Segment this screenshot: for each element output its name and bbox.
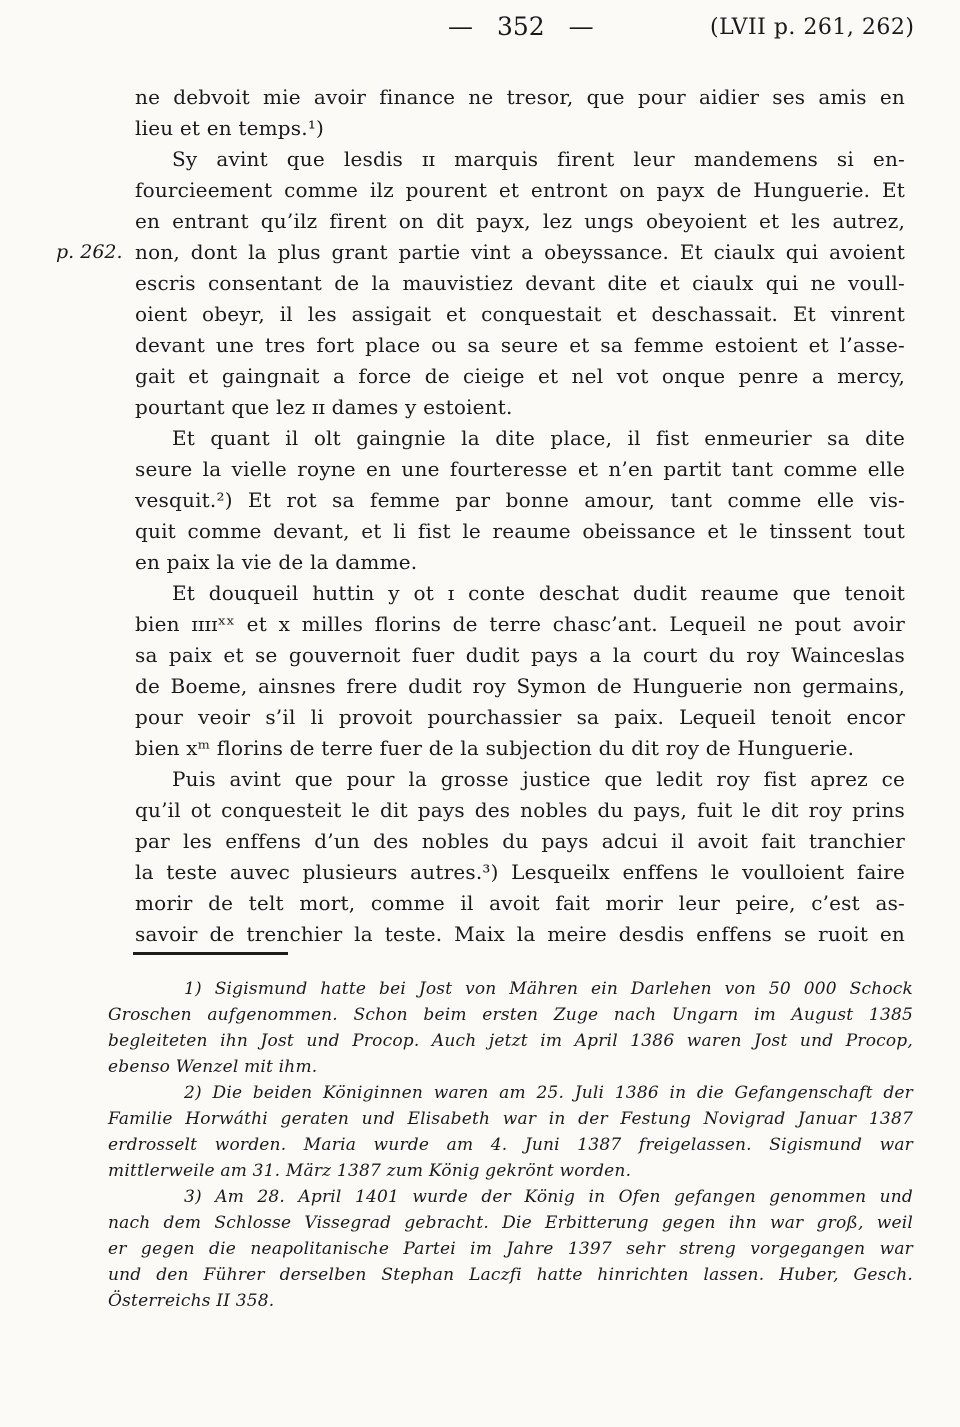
body-text-line: sa paix et se gouvernoit fuer dudit pays… bbox=[135, 640, 905, 671]
footnote-line: und den Führer derselben Stephan Laczfi … bbox=[108, 1262, 913, 1288]
book-page: — 352 — (LVII p. 261, 262) p. 262. ne de… bbox=[0, 0, 960, 1427]
body-text-line: pour veoir s’il li provoit pourchassier … bbox=[135, 702, 905, 733]
margin-note: p. 262. bbox=[56, 237, 134, 268]
body-text-line: seure la vielle royne en une fourteresse… bbox=[135, 454, 905, 485]
body-text-line: la teste auvec plusieurs autres.³) Lesqu… bbox=[135, 857, 905, 888]
body-text-line: Puis avint que pour la grosse justice qu… bbox=[135, 764, 905, 795]
body-text-line: par les enffens d’un des nobles du pays … bbox=[135, 826, 905, 857]
footnote-separator bbox=[133, 952, 288, 955]
footnote-line: 2) Die beiden Königinnen waren am 25. Ju… bbox=[108, 1080, 913, 1106]
footnote-line: 3) Am 28. April 1401 wurde der König in … bbox=[108, 1184, 913, 1210]
footnote-line: nach dem Schlosse Vissegrad gebracht. Di… bbox=[108, 1210, 913, 1236]
body-text-line: en entrant qu’ilz firent on dit payx, le… bbox=[135, 206, 905, 237]
body-text-line: non, dont la plus grant partie vint a ob… bbox=[135, 237, 905, 268]
body-text-line: Sy avint que lesdis ɪɪ marquis firent le… bbox=[135, 144, 905, 175]
body-text-line: devant une tres fort place ou sa seure e… bbox=[135, 330, 905, 361]
body-text-line: de Boeme, ainsnes frere dudit roy Symon … bbox=[135, 671, 905, 702]
body-text-line: bien xᵐ florins de terre fuer de la subj… bbox=[135, 733, 905, 764]
body-text-line: oient obeyr, il les assigait et conquest… bbox=[135, 299, 905, 330]
body-text-line: vesquit.²) Et rot sa femme par bonne amo… bbox=[135, 485, 905, 516]
body-text-line: lieu et en temps.¹) bbox=[135, 113, 905, 144]
footnote-line: mittlerweile am 31. März 1387 zum König … bbox=[108, 1158, 913, 1184]
footnote-line: er gegen die neapolitanische Partei im J… bbox=[108, 1236, 913, 1262]
body-text-line: fourcieement comme ilz pourent et entron… bbox=[135, 175, 905, 206]
footnote-line: Groschen aufgenommen. Schon beim ersten … bbox=[108, 1002, 913, 1028]
footnote-line: 1) Sigismund hatte bei Jost von Mähren e… bbox=[108, 976, 913, 1002]
body-text-line: pourtant que lez ɪɪ dames y estoient. bbox=[135, 392, 905, 423]
body-text-line: morir de telt mort, comme il avoit fait … bbox=[135, 888, 905, 919]
footnotes: 1) Sigismund hatte bei Jost von Mähren e… bbox=[108, 976, 913, 1314]
body-text: ne debvoit mie avoir finance ne tresor, … bbox=[135, 82, 905, 950]
body-text-line: ne debvoit mie avoir finance ne tresor, … bbox=[135, 82, 905, 113]
body-text-line: Et douqueil huttin y ot ɪ conte deschat … bbox=[135, 578, 905, 609]
footnote-line: Familie Horwáthi geraten und Elisabeth w… bbox=[108, 1106, 913, 1132]
body-text-line: en paix la vie de la damme. bbox=[135, 547, 905, 578]
body-text-line: savoir de trenchier la teste. Maix la me… bbox=[135, 919, 905, 950]
footnote-line: ebenso Wenzel mit ihm. bbox=[108, 1054, 913, 1080]
footnote-line: Österreichs II 358. bbox=[108, 1288, 913, 1314]
body-text-line: quit comme devant, et li fist le reaume … bbox=[135, 516, 905, 547]
footnote-line: begleiteten ihn Jost und Procop. Auch je… bbox=[108, 1028, 913, 1054]
page-number: — 352 — bbox=[448, 12, 594, 41]
body-text-line: gait et gaingnait a force de cieige et n… bbox=[135, 361, 905, 392]
body-text-line: Et quant il olt gaingnie la dite place, … bbox=[135, 423, 905, 454]
body-text-line: escris consentant de la mauvistiez devan… bbox=[135, 268, 905, 299]
footnote-line: erdrosselt worden. Maria wurde am 4. Jun… bbox=[108, 1132, 913, 1158]
body-text-line: qu’il ot conquesteit le dit pays des nob… bbox=[135, 795, 905, 826]
body-text-line: bien ɪɪɪɪˣˣ et x milles florins de terre… bbox=[135, 609, 905, 640]
header-citation: (LVII p. 261, 262) bbox=[710, 15, 914, 40]
